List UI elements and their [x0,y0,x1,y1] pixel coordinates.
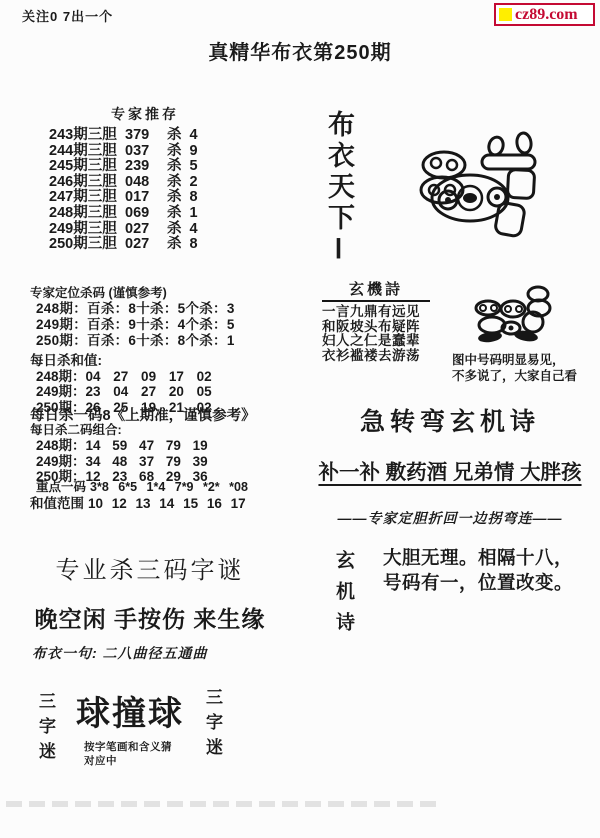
lottery-tip-sheet: 关注0 7出一个 cz89.com 真精华布衣第250期 专家推存 243期三胆… [0,0,600,838]
daily-kill-sum-title: 每日杀和值: [30,349,300,369]
kill-number: 杀 4 [167,128,198,144]
buyi-sentence: 布衣一句: 二八曲径五通曲 [32,643,208,663]
expert-row: 243期三胆 379 杀 4 [40,128,250,144]
kill-number: 杀 8 [167,190,198,206]
three-word-note-line2: 对应中 [84,754,172,768]
sum-range-row: 和值范围10 12 13 14 15 16 17 [30,492,246,512]
position-kill-row: 250期：百杀：6十杀：8个杀：1 [30,333,300,349]
expert-row: 250期三胆 027 杀 8 [40,237,250,253]
daily-kill-sum-row: 249期：23 04 27 20 05 [30,384,300,399]
dan-numbers: 048 [125,175,167,191]
three-word-right-label: 三字迷 [200,688,225,778]
doodle-caption: 图中号码明显易见， 不多说了，大家自己看 [452,352,577,384]
riddle-title: 专业杀三码字谜 [0,550,300,585]
daily-kill-two-section: 每日杀二码组合: 248期：14 59 47 79 19 249期：34 48 … [30,420,300,485]
xuanji-poem-line: 一言九鼎有远见 [322,305,430,320]
xuanji-poem-lines: 一言九鼎有远见 和阪坡头布疑阵 妇人之仁是蠢辈 衣衫褴褛去游荡 [322,305,430,363]
daily-kill-two-row: 249期：34 48 37 79 39 [30,454,300,470]
issue-label: 243期三胆 [49,128,125,144]
issue-label: 245期三胆 [49,159,125,175]
top-note: 关注0 7出一个 [22,6,113,25]
kill-number: 杀 9 [167,144,198,160]
bottom-xuanji-line1: 大胆无理。相隔十八， [383,545,573,570]
issue-label: 244期三胆 [49,144,125,160]
three-word-left-label: 三字迷 [33,692,58,782]
expert-row: 245期三胆 239 杀 5 [40,159,250,175]
three-word-riddle: 球撞球 [76,686,184,735]
kill-number: 杀 5 [167,159,198,175]
expert-row: 248期三胆 069 杀 1 [40,206,250,222]
expert-row: 249期三胆 027 杀 4 [40,222,250,238]
sharp-turn-title: 急转弯玄机诗 [300,402,600,438]
riddle-line: 晚空闲 手按伤 来生缘 [0,601,300,634]
three-word-note-line1: 按字笔画和含义猜 [84,740,172,754]
xuanji-poem-line: 和阪坡头布疑阵 [322,320,430,335]
sharp-turn-note: ——专家定胆折回一边拐弯连—— [300,508,600,528]
faint-watermark [6,801,436,807]
daily-kill-two-row: 248期：14 59 47 79 19 [30,438,300,454]
issue-label: 248期三胆 [49,206,125,222]
expert-recommend-title: 专家推存 [40,104,250,124]
sharp-turn-line: 补一补 敷药酒 兄弟情 大胖孩 [300,455,600,485]
kill-number: 杀 1 [167,206,198,222]
xuanji-poem-line: 衣衫褴褛去游荡 [322,349,430,364]
expert-row: 247期三胆 017 杀 8 [40,190,250,206]
sum-range-value: 10 12 13 14 15 16 17 [88,496,246,511]
bottom-xuanji-vertical-label: 玄机诗 [330,550,357,650]
position-kill-row: 249期：百杀：9十杀：4个杀：5 [30,317,300,333]
three-word-note: 按字笔画和含义猜 对应中 [84,740,172,768]
xuanji-poem-title: 玄機詩 [322,278,430,302]
daily-kill-sum-row: 248期：04 27 09 17 02 [30,369,300,384]
number-doodle-sketch [462,270,587,352]
dan-numbers: 017 [125,190,167,206]
issue-label: 250期三胆 [49,237,125,253]
site-logo[interactable]: cz89.com [494,3,595,26]
xuanji-poem-section: 玄機詩 一言九鼎有远见 和阪坡头布疑阵 妇人之仁是蠢辈 衣衫褴褛去游荡 [322,278,430,363]
dan-numbers: 027 [125,237,167,253]
bottom-xuanji-line2: 号码有一，位置改变。 [383,570,573,595]
dan-numbers: 027 [125,222,167,238]
coin-doodle-sketch [405,120,570,268]
position-kill-title: 专家定位杀码 (谨慎参考) [30,283,300,301]
daily-kill-two-title: 每日杀二码组合: [30,420,300,438]
kill-number: 杀 8 [167,237,198,253]
position-kill-section: 专家定位杀码 (谨慎参考) 248期：百杀：8十杀：5个杀：3 249期：百杀：… [30,283,300,349]
buyi-tianxia-vertical-title: 布衣天下Ⅰ [320,110,359,280]
issue-label: 247期三胆 [49,190,125,206]
logo-text: cz89.com [515,7,578,23]
dan-numbers: 379 [125,128,167,144]
doodle-caption-line2: 不多说了，大家自己看 [452,368,577,384]
doodle-caption-line1: 图中号码明显易见， [452,352,577,368]
xuanji-poem-line: 妇人之仁是蠢辈 [322,334,430,349]
kill-number: 杀 4 [167,222,198,238]
dan-numbers: 037 [125,144,167,160]
bottom-xuanji-text: 大胆无理。相隔十八， 号码有一，位置改变。 [383,545,573,595]
position-kill-row: 248期：百杀：8十杀：5个杀：3 [30,301,300,317]
expert-row: 244期三胆 037 杀 9 [40,144,250,160]
issue-label: 249期三胆 [49,222,125,238]
page-title: 真精华布衣第250期 [0,36,600,65]
expert-recommend-section: 专家推存 243期三胆 379 杀 4 244期三胆 037 杀 9 245期三… [40,104,250,253]
sum-range-label: 和值范围 [30,496,84,511]
dan-numbers: 239 [125,159,167,175]
dan-numbers: 069 [125,206,167,222]
logo-square-icon [499,8,512,21]
